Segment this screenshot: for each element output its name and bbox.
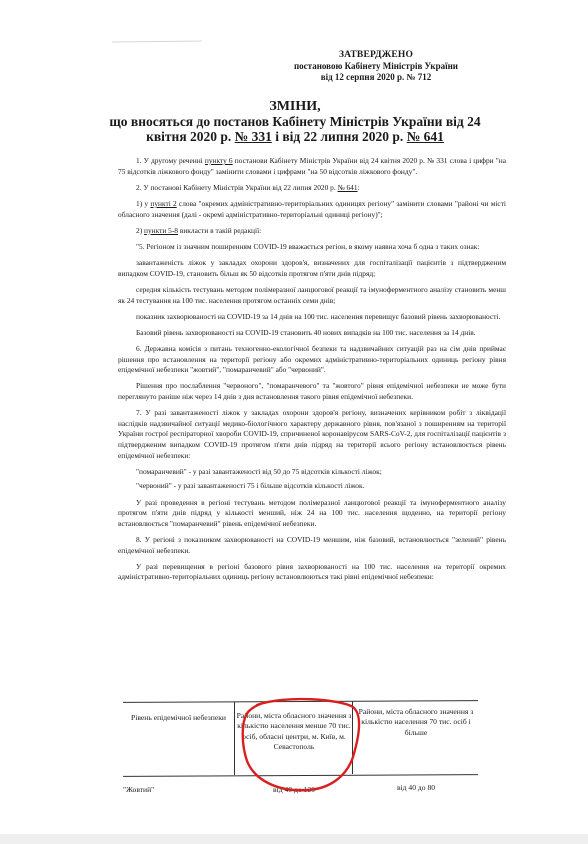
heading-text: і від 22 липня 2020 р. (272, 129, 407, 144)
link-punkt-6[interactable]: пункту 6 (205, 156, 233, 165)
paragraph-12: 7. У разі завантаженості ліжок у заклада… (118, 408, 506, 461)
text: 2) (136, 226, 144, 235)
paragraph-13: "помаранчевий" - у разі завантаженості в… (118, 467, 506, 478)
approval-stamp: ЗАТВЕРДЖЕНО постановою Кабінету Міністрі… (276, 50, 476, 83)
paragraph-4: 2) пункти 5-8 викласти в такій редакції: (118, 226, 506, 237)
text: викласти в такій редакції: (178, 226, 261, 235)
paragraph-10: 6. Державна комісія з питань техногенно-… (118, 344, 506, 376)
paragraph-15: У разі проведення в регіоні тестувань ме… (118, 498, 506, 530)
table-header-level: Рівень епідемічної небезпеки (123, 713, 234, 723)
document-heading: ЗМІНИ, що вносяться до постанов Кабінету… (105, 99, 485, 144)
heading-title: ЗМІНИ, (105, 99, 485, 114)
paragraph-9: Базовий рівень захворюваності на COVID-1… (118, 328, 506, 339)
heading-line-1: що вносяться до постанов Кабінету Мініст… (105, 114, 485, 129)
link-resolution-331[interactable]: № 331 (235, 129, 272, 144)
document-body: 1. У другому реченні пункту 6 постанови … (118, 156, 506, 589)
text: 2. У постанові Кабінету Міністрів Україн… (136, 183, 338, 192)
table-header-small-regions: Райони, міста обласного значення з кільк… (236, 711, 352, 753)
link-resolution-641[interactable]: № 641 (407, 129, 444, 144)
link-punkt-2[interactable]: пункті 2 (150, 199, 176, 208)
paragraph-3: 1) у пункті 2 слова "окремих адміністрат… (118, 199, 506, 220)
table-column-divider (352, 701, 353, 774)
table-cell-yellow-small: від 40 до 120 (236, 785, 352, 795)
scan-bottom-edge (0, 834, 588, 844)
scan-artifact-line (112, 41, 202, 43)
approval-title: ЗАТВЕРДЖЕНО (276, 50, 476, 61)
text: : (358, 183, 360, 192)
paragraph-5: "5. Регіоном із значним поширенням COVID… (118, 242, 506, 253)
paragraph-16: 8. У регіоні з показником захворюваності… (118, 535, 506, 556)
table-column-divider (234, 702, 235, 775)
paragraph-6: завантаженість ліжок у закладах охорони … (118, 258, 506, 279)
heading-text: квітня 2020 р. (146, 129, 235, 144)
heading-line-2: квітня 2020 р. № 331 і від 22 липня 2020… (105, 129, 485, 144)
paragraph-11: Рішення про послаблення "червоного", "по… (118, 381, 506, 402)
paragraph-17: У разі перевищення в регіоні базового рі… (118, 562, 506, 583)
paragraph-2: 2. У постанові Кабінету Міністрів Україн… (118, 183, 506, 194)
paragraph-8: показник захворюваності на COVID-19 за 1… (118, 312, 506, 323)
link-punkty-5-8[interactable]: пункти 5-8 (144, 226, 178, 235)
link-resolution-641-body[interactable]: № 641 (338, 183, 358, 192)
table-header-large-regions: Райони, міста обласного значення з кільк… (354, 707, 478, 738)
text: слова "окремих адміністративно-територіа… (118, 199, 506, 219)
paragraph-7: середня кількість тестувань методом полі… (118, 285, 506, 306)
approval-line-2: від 12 серпня 2020 р. № 712 (276, 72, 476, 83)
table-top-rule (123, 700, 478, 703)
text: 1) у (136, 199, 150, 208)
approval-line-1: постановою Кабінету Міністрів України (276, 61, 476, 72)
paragraph-1: 1. У другому реченні пункту 6 постанови … (118, 156, 506, 177)
paragraph-14: "червоний" - у разі завантаженості 75 і … (118, 481, 506, 492)
text: 1. У другому реченні (136, 156, 205, 165)
table-cell-yellow-large: від 40 до 80 (354, 783, 478, 793)
table-header-rule (123, 774, 478, 777)
document-page: ЗАТВЕРДЖЕНО постановою Кабінету Міністрі… (0, 0, 588, 844)
table-cell-level-yellow: "Жовтий" (123, 785, 183, 795)
